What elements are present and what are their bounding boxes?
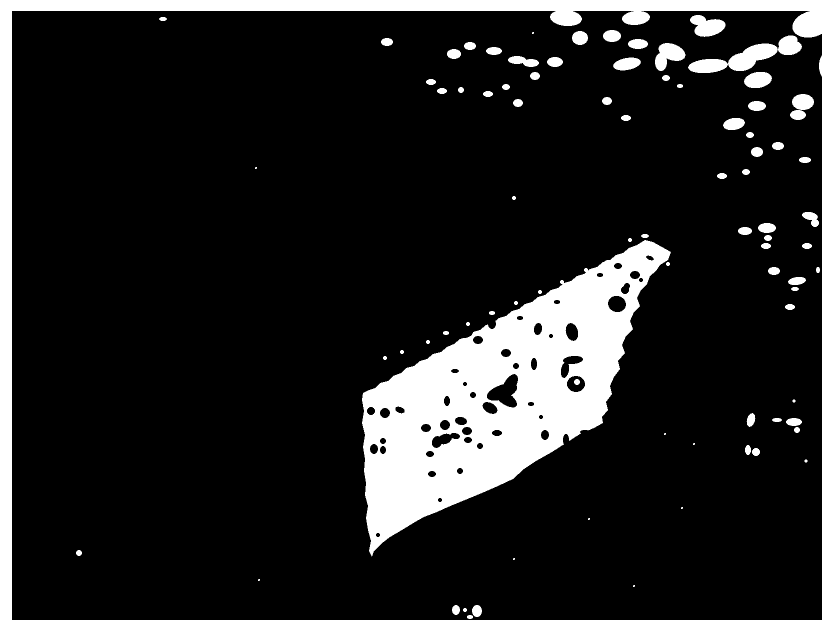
sparkle-blob xyxy=(681,507,683,509)
stain-blob xyxy=(492,430,502,436)
binarized-photo-page xyxy=(0,0,835,633)
sparkle-blob xyxy=(758,223,776,233)
sparkle-blob xyxy=(826,87,834,105)
sparkle-blob xyxy=(816,267,820,273)
sparkle-blob xyxy=(458,87,464,93)
sparkle-blob xyxy=(426,340,430,344)
sparkle-blob xyxy=(794,427,800,433)
sparkle-blob xyxy=(486,47,502,55)
sparkle-blob xyxy=(532,32,534,34)
sparkle-blob xyxy=(483,91,493,97)
sparkle-blob xyxy=(746,132,754,138)
sparkle-blob xyxy=(764,235,772,241)
stain-blob xyxy=(539,415,543,419)
stain-blob xyxy=(513,363,519,369)
stain-blob xyxy=(464,437,472,443)
sparkle-blob xyxy=(452,605,460,615)
stain-blob xyxy=(376,533,380,537)
stain-blob xyxy=(541,430,549,440)
stain-blob xyxy=(554,300,560,304)
sparkle-blob xyxy=(655,53,667,71)
sparkle-blob xyxy=(588,518,590,520)
stain-blob xyxy=(462,427,472,435)
stain-blob xyxy=(438,498,442,502)
sparkle-blob xyxy=(523,59,539,67)
stain-blob xyxy=(380,438,386,444)
stain-blob xyxy=(428,471,436,477)
sparkle-blob xyxy=(381,38,393,46)
sparkle-blob xyxy=(513,99,523,107)
sparkle-blob xyxy=(512,196,516,200)
sparkle-blob xyxy=(693,443,695,445)
sparkle-blob xyxy=(584,268,588,272)
sparkle-blob xyxy=(802,243,812,249)
sparkle-blob xyxy=(603,30,621,42)
stain-blob xyxy=(463,382,467,386)
stain-blob xyxy=(580,430,590,434)
stain-blob xyxy=(457,468,463,474)
sparkle-blob xyxy=(717,173,727,179)
sparkle-blob xyxy=(748,101,766,111)
sparkle-blob xyxy=(447,49,461,59)
sparkle-blob xyxy=(464,42,476,50)
stain-blob xyxy=(380,446,386,454)
stain-blob xyxy=(380,408,390,418)
sparkle-blob xyxy=(467,615,473,619)
sparkle-blob xyxy=(799,157,811,163)
sparkle-blob xyxy=(443,331,449,335)
stain-blob xyxy=(421,424,431,432)
sparkle-blob xyxy=(751,147,763,157)
stain-blob xyxy=(470,392,476,398)
sparkle-blob xyxy=(463,608,467,612)
sparkle-blob xyxy=(489,311,495,315)
sparkle-blob xyxy=(383,356,387,360)
sparkle-blob xyxy=(761,243,771,249)
sparkle-blob xyxy=(572,31,588,45)
sparkle-blob xyxy=(514,301,518,305)
sparkle-blob xyxy=(768,267,780,275)
sparkle-blob xyxy=(502,84,510,90)
stain-blob xyxy=(624,283,630,289)
sparkle-blob xyxy=(666,262,670,266)
sparkle-blob xyxy=(255,167,257,169)
sparkle-blob xyxy=(742,169,750,175)
sparkle-blob xyxy=(513,558,515,560)
stain-blob xyxy=(370,444,378,454)
stain-blob xyxy=(367,407,375,415)
sparkle-blob xyxy=(785,304,795,310)
stain-blob xyxy=(549,334,553,338)
stain-blob xyxy=(630,271,640,279)
sparkle-blob xyxy=(530,72,540,80)
stain-blob xyxy=(473,336,483,344)
sparkle-blob xyxy=(538,290,542,294)
sparkle-blob xyxy=(602,97,612,105)
sparkle-blob xyxy=(547,57,563,67)
stain-blob xyxy=(451,369,459,373)
sparkle-blob xyxy=(772,142,784,150)
sparkle-blob xyxy=(790,110,806,120)
sparkle-blob xyxy=(792,94,814,110)
sparkle-blob xyxy=(786,418,802,426)
sparkle-blob xyxy=(791,287,799,291)
sparkle-blob xyxy=(589,271,597,275)
sparkle-blob xyxy=(619,269,625,273)
sparkle-blob xyxy=(472,605,482,617)
sparkle-blob xyxy=(628,238,632,242)
sparkle-blob xyxy=(400,350,404,354)
stain-blob xyxy=(528,402,534,406)
stain-blob xyxy=(488,319,496,329)
sparkle-blob xyxy=(605,260,611,264)
stain-blob xyxy=(614,263,622,269)
stain-blob xyxy=(531,358,537,370)
stain-blob xyxy=(440,420,450,430)
sparkle-blob xyxy=(811,219,819,227)
sparkle-blob xyxy=(664,433,666,435)
stain-blob xyxy=(563,434,569,446)
sparkle-blob xyxy=(426,79,436,85)
sparkle-blob xyxy=(437,88,447,94)
sparkle-blob xyxy=(805,460,808,463)
stain-blob xyxy=(426,451,434,457)
sparkle-blob xyxy=(745,445,751,455)
stain-blob xyxy=(501,349,511,357)
stain-blob xyxy=(639,278,643,282)
sparkle-blob xyxy=(258,579,260,581)
stain-blob xyxy=(477,443,483,449)
sparkle-blob xyxy=(621,115,631,121)
sparkle-blob xyxy=(690,15,706,25)
sparkle-blob xyxy=(628,39,648,49)
sparkle-blob xyxy=(159,17,167,21)
sparkle-blob xyxy=(772,418,782,422)
photo-dark-background xyxy=(12,11,822,620)
stain-blob xyxy=(517,316,523,320)
sparkle-blob xyxy=(738,227,752,235)
sparkle-blob xyxy=(752,448,760,456)
stain-blob xyxy=(444,396,450,406)
sparkle-blob xyxy=(662,75,670,81)
sparkle-blob xyxy=(641,234,649,238)
sparkle-blob xyxy=(819,53,833,79)
sparkle-blob xyxy=(76,550,82,556)
sparkle-blob xyxy=(466,322,470,326)
sparkle-blob xyxy=(574,379,580,385)
photo-canvas xyxy=(0,0,835,633)
sparkle-blob xyxy=(633,585,635,587)
stain-blob xyxy=(597,273,603,277)
sparkle-blob xyxy=(560,280,564,284)
sparkle-blob xyxy=(677,84,683,88)
sparkle-blob xyxy=(793,400,796,403)
